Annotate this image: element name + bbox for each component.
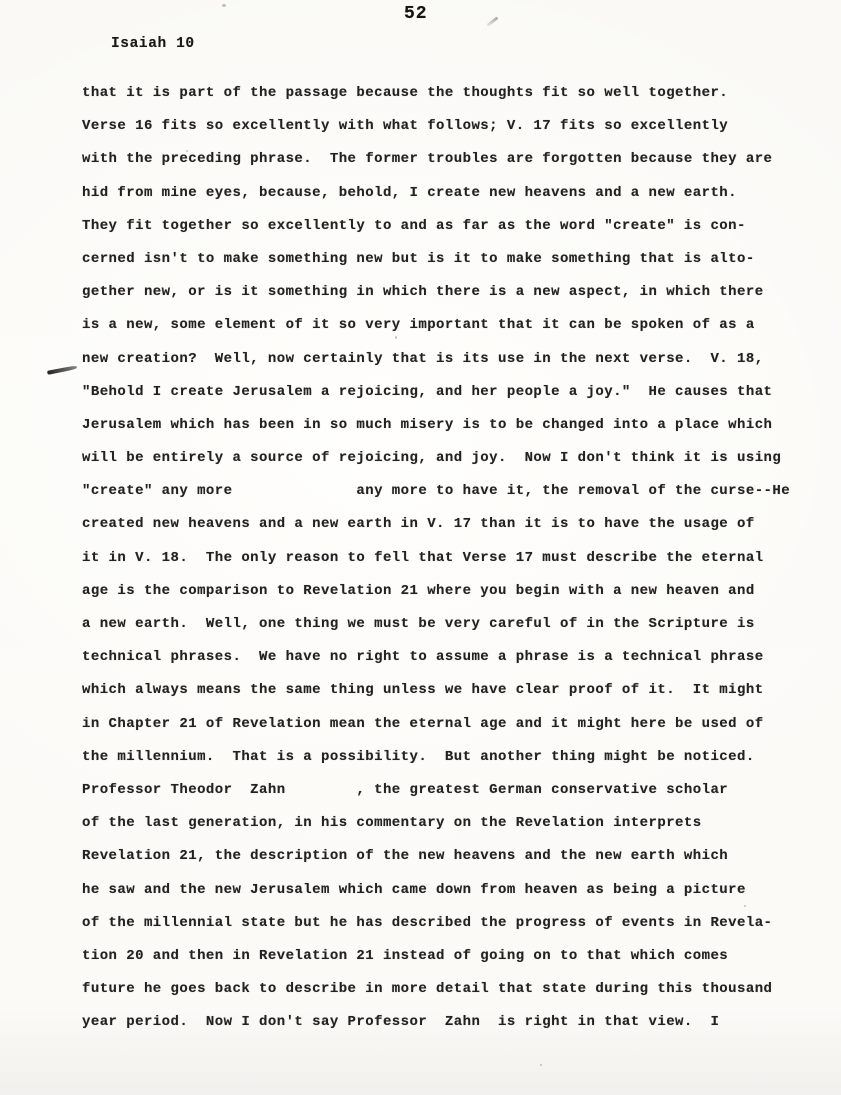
- text-line: in Chapter 21 of Revelation mean the ete…: [82, 708, 831, 741]
- text-line: will be entirely a source of rejoicing, …: [82, 442, 831, 475]
- text-line: Professor Theodor Zahn , the greatest Ge…: [82, 774, 831, 807]
- text-line: hid from mine eyes, because, behold, I c…: [82, 177, 831, 210]
- typewritten-manuscript-page: 52 Isaiah 10 that it is part of the pass…: [0, 0, 841, 1095]
- text-line: year period. Now I don't say Professor Z…: [82, 1006, 831, 1039]
- text-line: "Behold I create Jerusalem a rejoicing, …: [82, 376, 831, 409]
- text-line: technical phrases. We have no right to a…: [82, 641, 831, 674]
- text-line: age is the comparison to Revelation 21 w…: [82, 575, 831, 608]
- text-line: future he goes back to describe in more …: [82, 973, 831, 1006]
- scan-speck: [395, 336, 397, 339]
- page-number: 52: [404, 4, 428, 24]
- text-line: cerned isn't to make something new but i…: [82, 243, 831, 276]
- scan-speck: [222, 4, 226, 7]
- text-line: They fit together so excellently to and …: [82, 210, 831, 243]
- text-line: "create" any more any more to have it, t…: [82, 475, 831, 508]
- text-line: it in V. 18. The only reason to fell tha…: [82, 542, 831, 575]
- text-line: of the last generation, in his commentar…: [82, 807, 831, 840]
- text-line: he saw and the new Jerusalem which came …: [82, 874, 831, 907]
- text-line: of the millennial state but he has descr…: [82, 907, 831, 940]
- text-line: a new earth. Well, one thing we must be …: [82, 608, 831, 641]
- text-line: new creation? Well, now certainly that i…: [82, 343, 831, 376]
- pencil-mark-top: [486, 16, 498, 26]
- text-line: is a new, some element of it so very imp…: [82, 309, 831, 342]
- text-line: which always means the same thing unless…: [82, 674, 831, 707]
- text-line: created new heavens and a new earth in V…: [82, 508, 831, 541]
- text-line: Revelation 21, the description of the ne…: [82, 840, 831, 873]
- text-line: with the preceding phrase. The former tr…: [82, 143, 831, 176]
- scan-speck: [540, 1064, 542, 1066]
- text-line: gether new, or is it something in which …: [82, 276, 831, 309]
- scan-speck: [186, 150, 188, 152]
- text-line: Jerusalem which has been in so much mise…: [82, 409, 831, 442]
- text-line: that it is part of the passage because t…: [82, 77, 831, 110]
- pen-tick-left-margin: [47, 365, 77, 374]
- text-line: tion 20 and then in Revelation 21 instea…: [82, 940, 831, 973]
- body-text: that it is part of the passage because t…: [82, 77, 831, 1039]
- scan-speck: [744, 905, 746, 907]
- text-line: Verse 16 fits so excellently with what f…: [82, 110, 831, 143]
- text-line: the millennium. That is a possibility. B…: [82, 741, 831, 774]
- page-heading: Isaiah 10: [111, 36, 195, 52]
